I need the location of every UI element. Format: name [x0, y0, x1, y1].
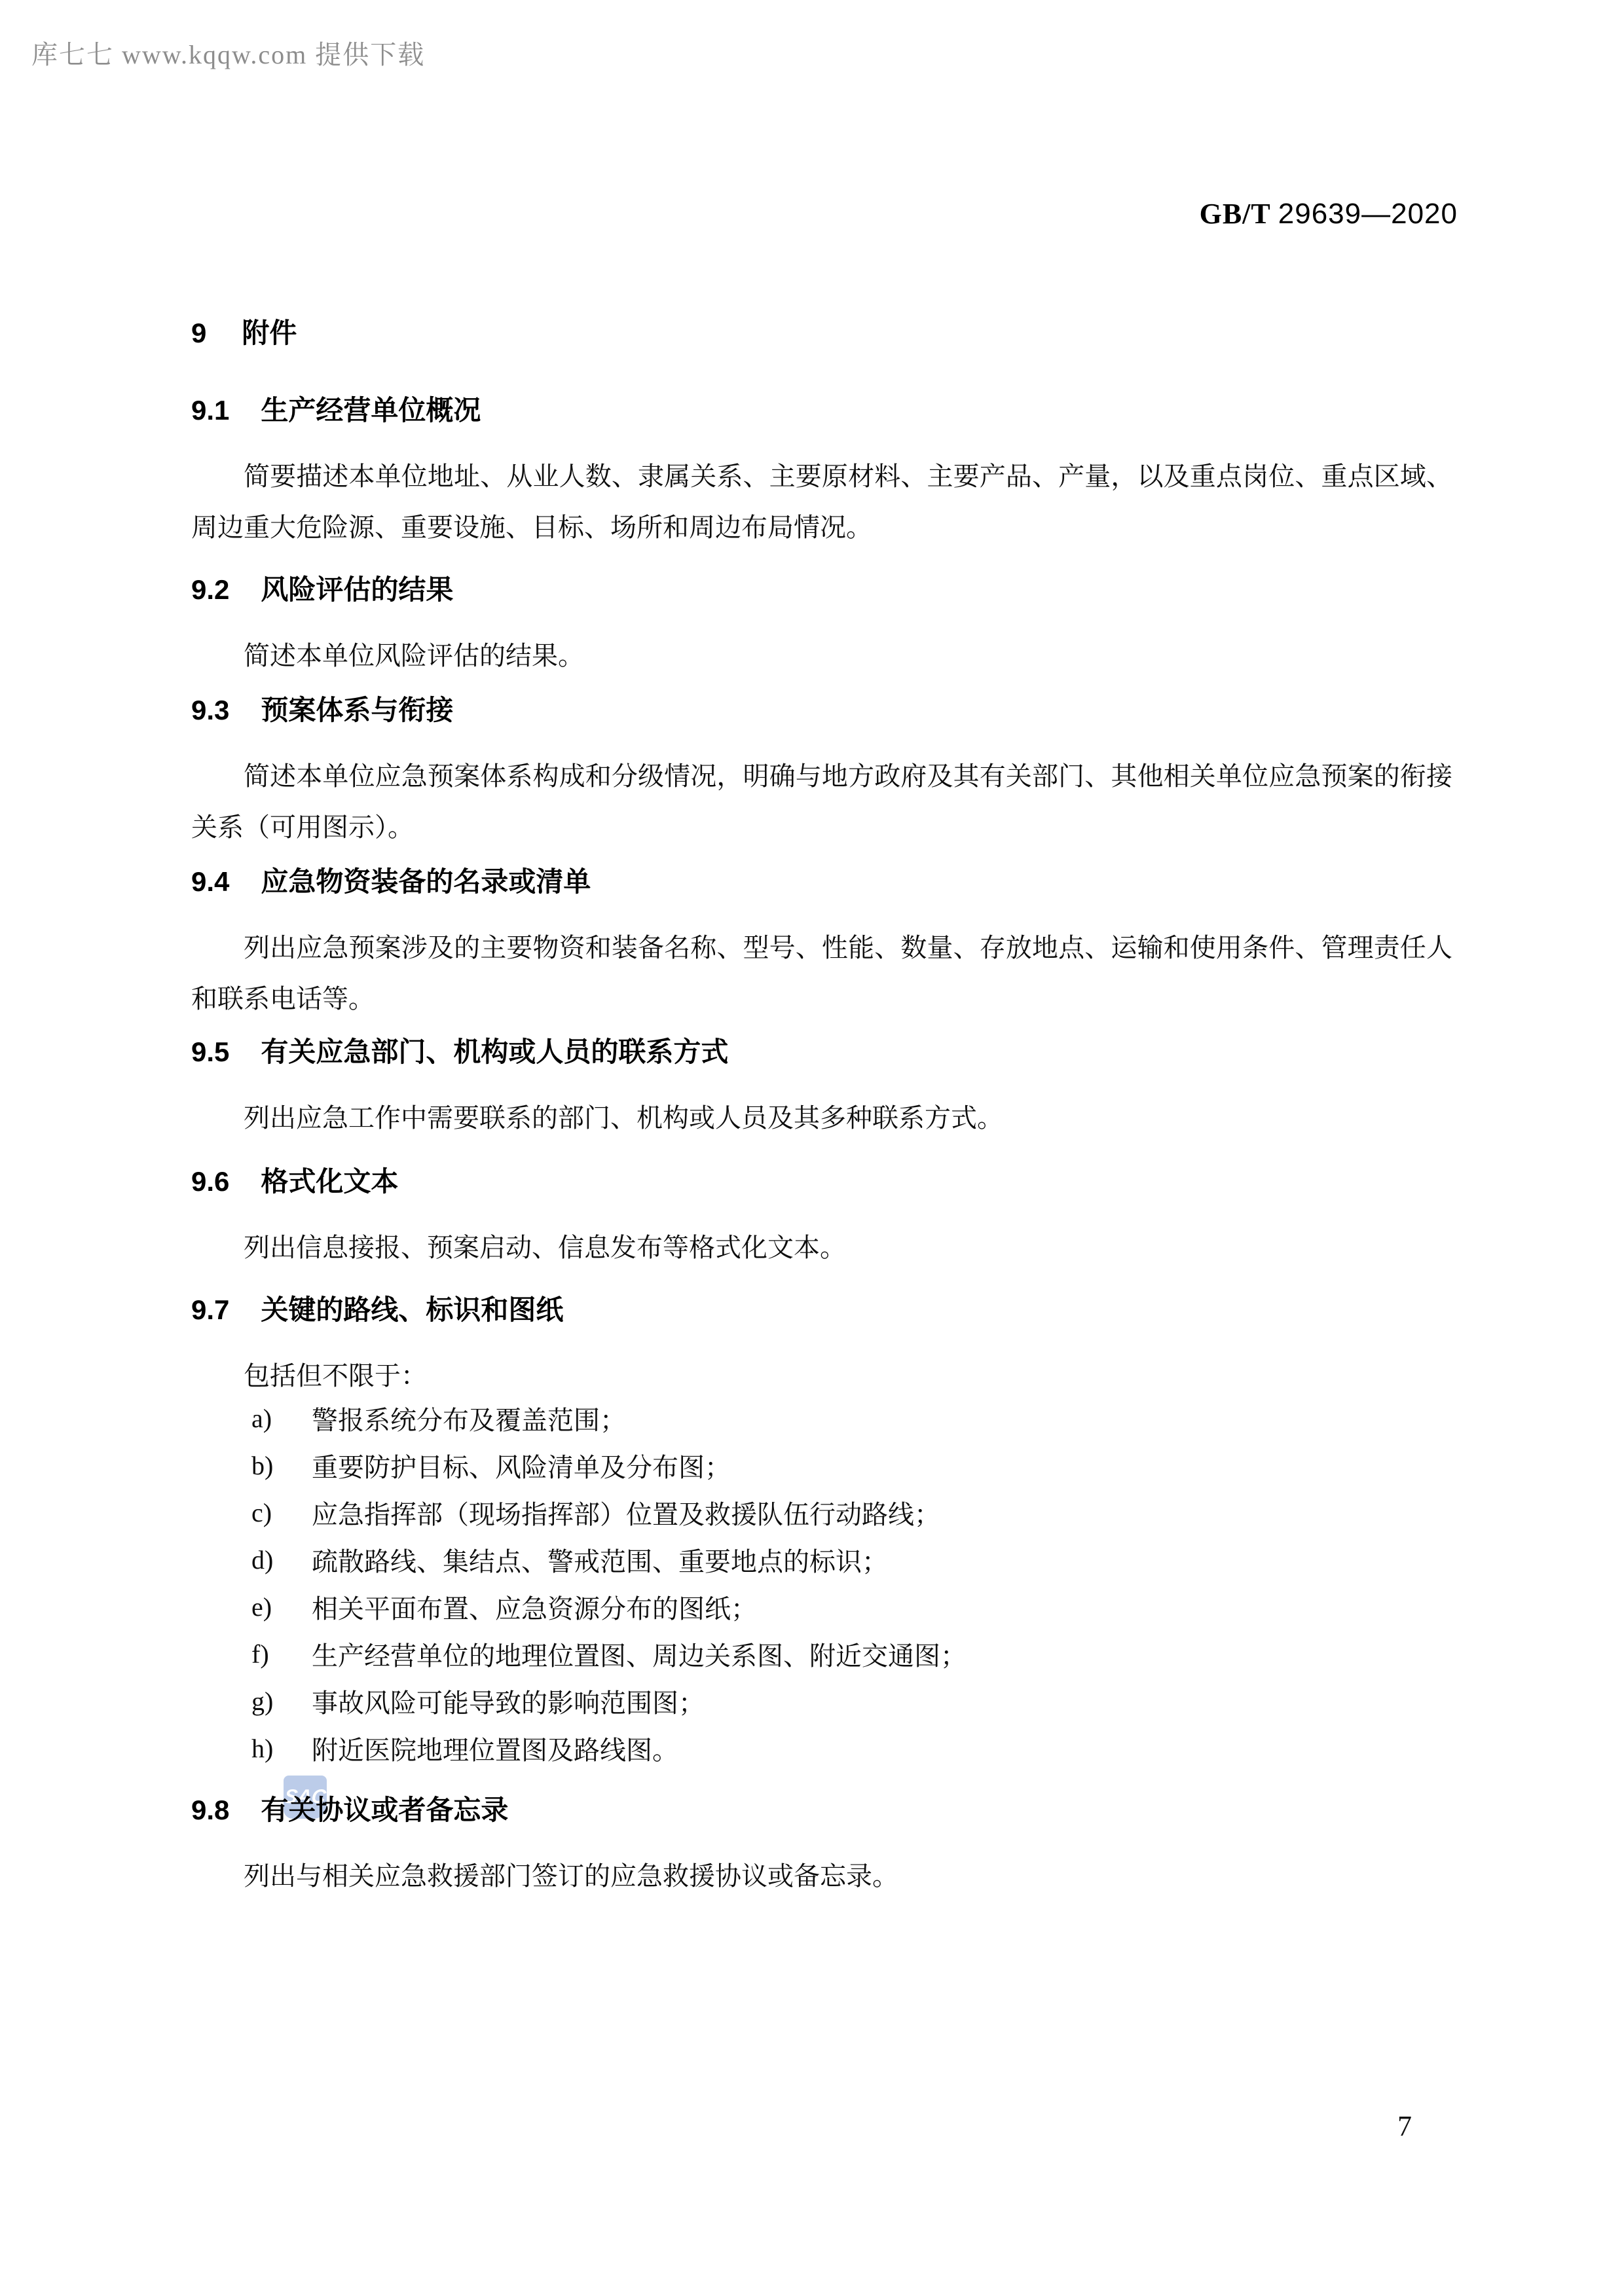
list-item-b: b) 重要防护目标、风险清单及分布图；	[191, 1442, 1452, 1489]
standard-number-code: 29639—2020	[1278, 198, 1458, 230]
section-heading-9-4: 9.4 应急物资装备的名录或清单	[191, 860, 591, 900]
section-number: 9.5	[191, 1036, 229, 1068]
list-item-e: e) 相关平面布置、应急资源分布的图纸；	[191, 1583, 1452, 1630]
section-number: 9.1	[191, 395, 229, 426]
section-number: 9.6	[191, 1166, 229, 1197]
section-title: 格式化文本	[261, 1160, 398, 1199]
section-title: 应急物资装备的名录或清单	[261, 860, 591, 900]
list-item-label: g)	[251, 1686, 312, 1717]
section-title: 有关协议或者备忘录	[261, 1789, 508, 1828]
standard-number-header: GB/T 29639—2020	[1200, 197, 1458, 230]
list-item-label: h)	[251, 1733, 312, 1764]
section-paragraph-9-4: 列出应急预案涉及的主要物资和装备名称、型号、性能、数量、存放地点、运输和使用条件…	[191, 922, 1452, 1025]
section-paragraph-9-3: 简述本单位应急预案体系构成和分级情况，明确与地方政府及其有关部门、其他相关单位应…	[191, 751, 1452, 853]
section-heading-9-5: 9.5 有关应急部门、机构或人员的联系方式	[191, 1030, 728, 1070]
section-paragraph-9-8: 列出与相关应急救援部门签订的应急救援协议或备忘录。	[191, 1851, 1452, 1902]
list-item-text: 应急指挥部（现场指挥部）位置及救援队伍行动路线；	[312, 1494, 940, 1531]
section-paragraph-9-2: 简述本单位风险评估的结果。	[191, 630, 1452, 682]
section-number: 9.8	[191, 1795, 229, 1826]
section-number: 9.4	[191, 866, 229, 898]
chapter-number: 9	[191, 318, 206, 349]
list-item-label: a)	[251, 1403, 312, 1434]
section-title: 有关应急部门、机构或人员的联系方式	[261, 1030, 728, 1070]
section-heading-9-6: 9.6 格式化文本	[191, 1160, 398, 1199]
list-item-label: e)	[251, 1592, 312, 1622]
list-item-h: h) 附近医院地理位置图及路线图。	[191, 1724, 1452, 1772]
section-heading-9-1: 9.1 生产经营单位概况	[191, 389, 481, 428]
section-number: 9.3	[191, 695, 229, 726]
list-item-text: 生产经营单位的地理位置图、周边关系图、附近交通图；	[312, 1635, 967, 1673]
list-item-text: 疏散路线、集结点、警戒范围、重要地点的标识；	[312, 1541, 888, 1578]
chapter-heading: 9 附件	[191, 312, 297, 351]
section-paragraph-9-5: 列出应急工作中需要联系的部门、机构或人员及其多种联系方式。	[191, 1093, 1452, 1144]
document-page: 库七七 www.kqqw.com 提供下载 GB/T 29639—2020 9 …	[0, 0, 1624, 2296]
list-item-text: 相关平面布置、应急资源分布的图纸；	[312, 1588, 757, 1626]
section-title: 生产经营单位概况	[261, 389, 481, 428]
section-title: 预案体系与衔接	[261, 689, 453, 728]
list-item-label: c)	[251, 1497, 312, 1528]
site-watermark-text: 库七七 www.kqqw.com 提供下载	[31, 34, 425, 71]
section-title: 风险评估的结果	[261, 568, 453, 608]
list-item-label: f)	[251, 1639, 312, 1669]
list-item-label: d)	[251, 1544, 312, 1575]
list-item-text: 附近医院地理位置图及路线图。	[312, 1730, 678, 1767]
lettered-list-9-7: a) 警报系统分布及覆盖范围； b) 重要防护目标、风险清单及分布图； c) 应…	[191, 1394, 1452, 1772]
list-item-a: a) 警报系统分布及覆盖范围；	[191, 1394, 1452, 1442]
section-heading-9-2: 9.2 风险评估的结果	[191, 568, 453, 608]
list-item-f: f) 生产经营单位的地理位置图、周边关系图、附近交通图；	[191, 1630, 1452, 1677]
list-item-label: b)	[251, 1450, 312, 1481]
list-item-text: 警报系统分布及覆盖范围；	[312, 1400, 626, 1437]
list-item-g: g) 事故风险可能导致的影响范围图；	[191, 1677, 1452, 1724]
list-item-d: d) 疏散路线、集结点、警戒范围、重要地点的标识；	[191, 1536, 1452, 1583]
list-item-c: c) 应急指挥部（现场指挥部）位置及救援队伍行动路线；	[191, 1489, 1452, 1536]
list-item-text: 事故风险可能导致的影响范围图；	[312, 1683, 705, 1720]
section-number: 9.7	[191, 1294, 229, 1326]
section-heading-9-3: 9.3 预案体系与衔接	[191, 689, 453, 728]
list-item-text: 重要防护目标、风险清单及分布图；	[312, 1447, 731, 1484]
section-title: 关键的路线、标识和图纸	[261, 1288, 563, 1328]
section-paragraph-9-1: 简要描述本单位地址、从业人数、隶属关系、主要原材料、主要产品、产量，以及重点岗位…	[191, 451, 1452, 553]
section-number: 9.2	[191, 574, 229, 606]
section-paragraph-9-6: 列出信息接报、预案启动、信息发布等格式化文本。	[191, 1222, 1452, 1273]
standard-number-prefix: GB/T	[1200, 198, 1271, 230]
section-heading-9-7: 9.7 关键的路线、标识和图纸	[191, 1288, 563, 1328]
chapter-title: 附件	[242, 312, 297, 351]
section-heading-9-8: 9.8 有关协议或者备忘录	[191, 1789, 508, 1828]
page-number: 7	[1397, 2109, 1412, 2143]
